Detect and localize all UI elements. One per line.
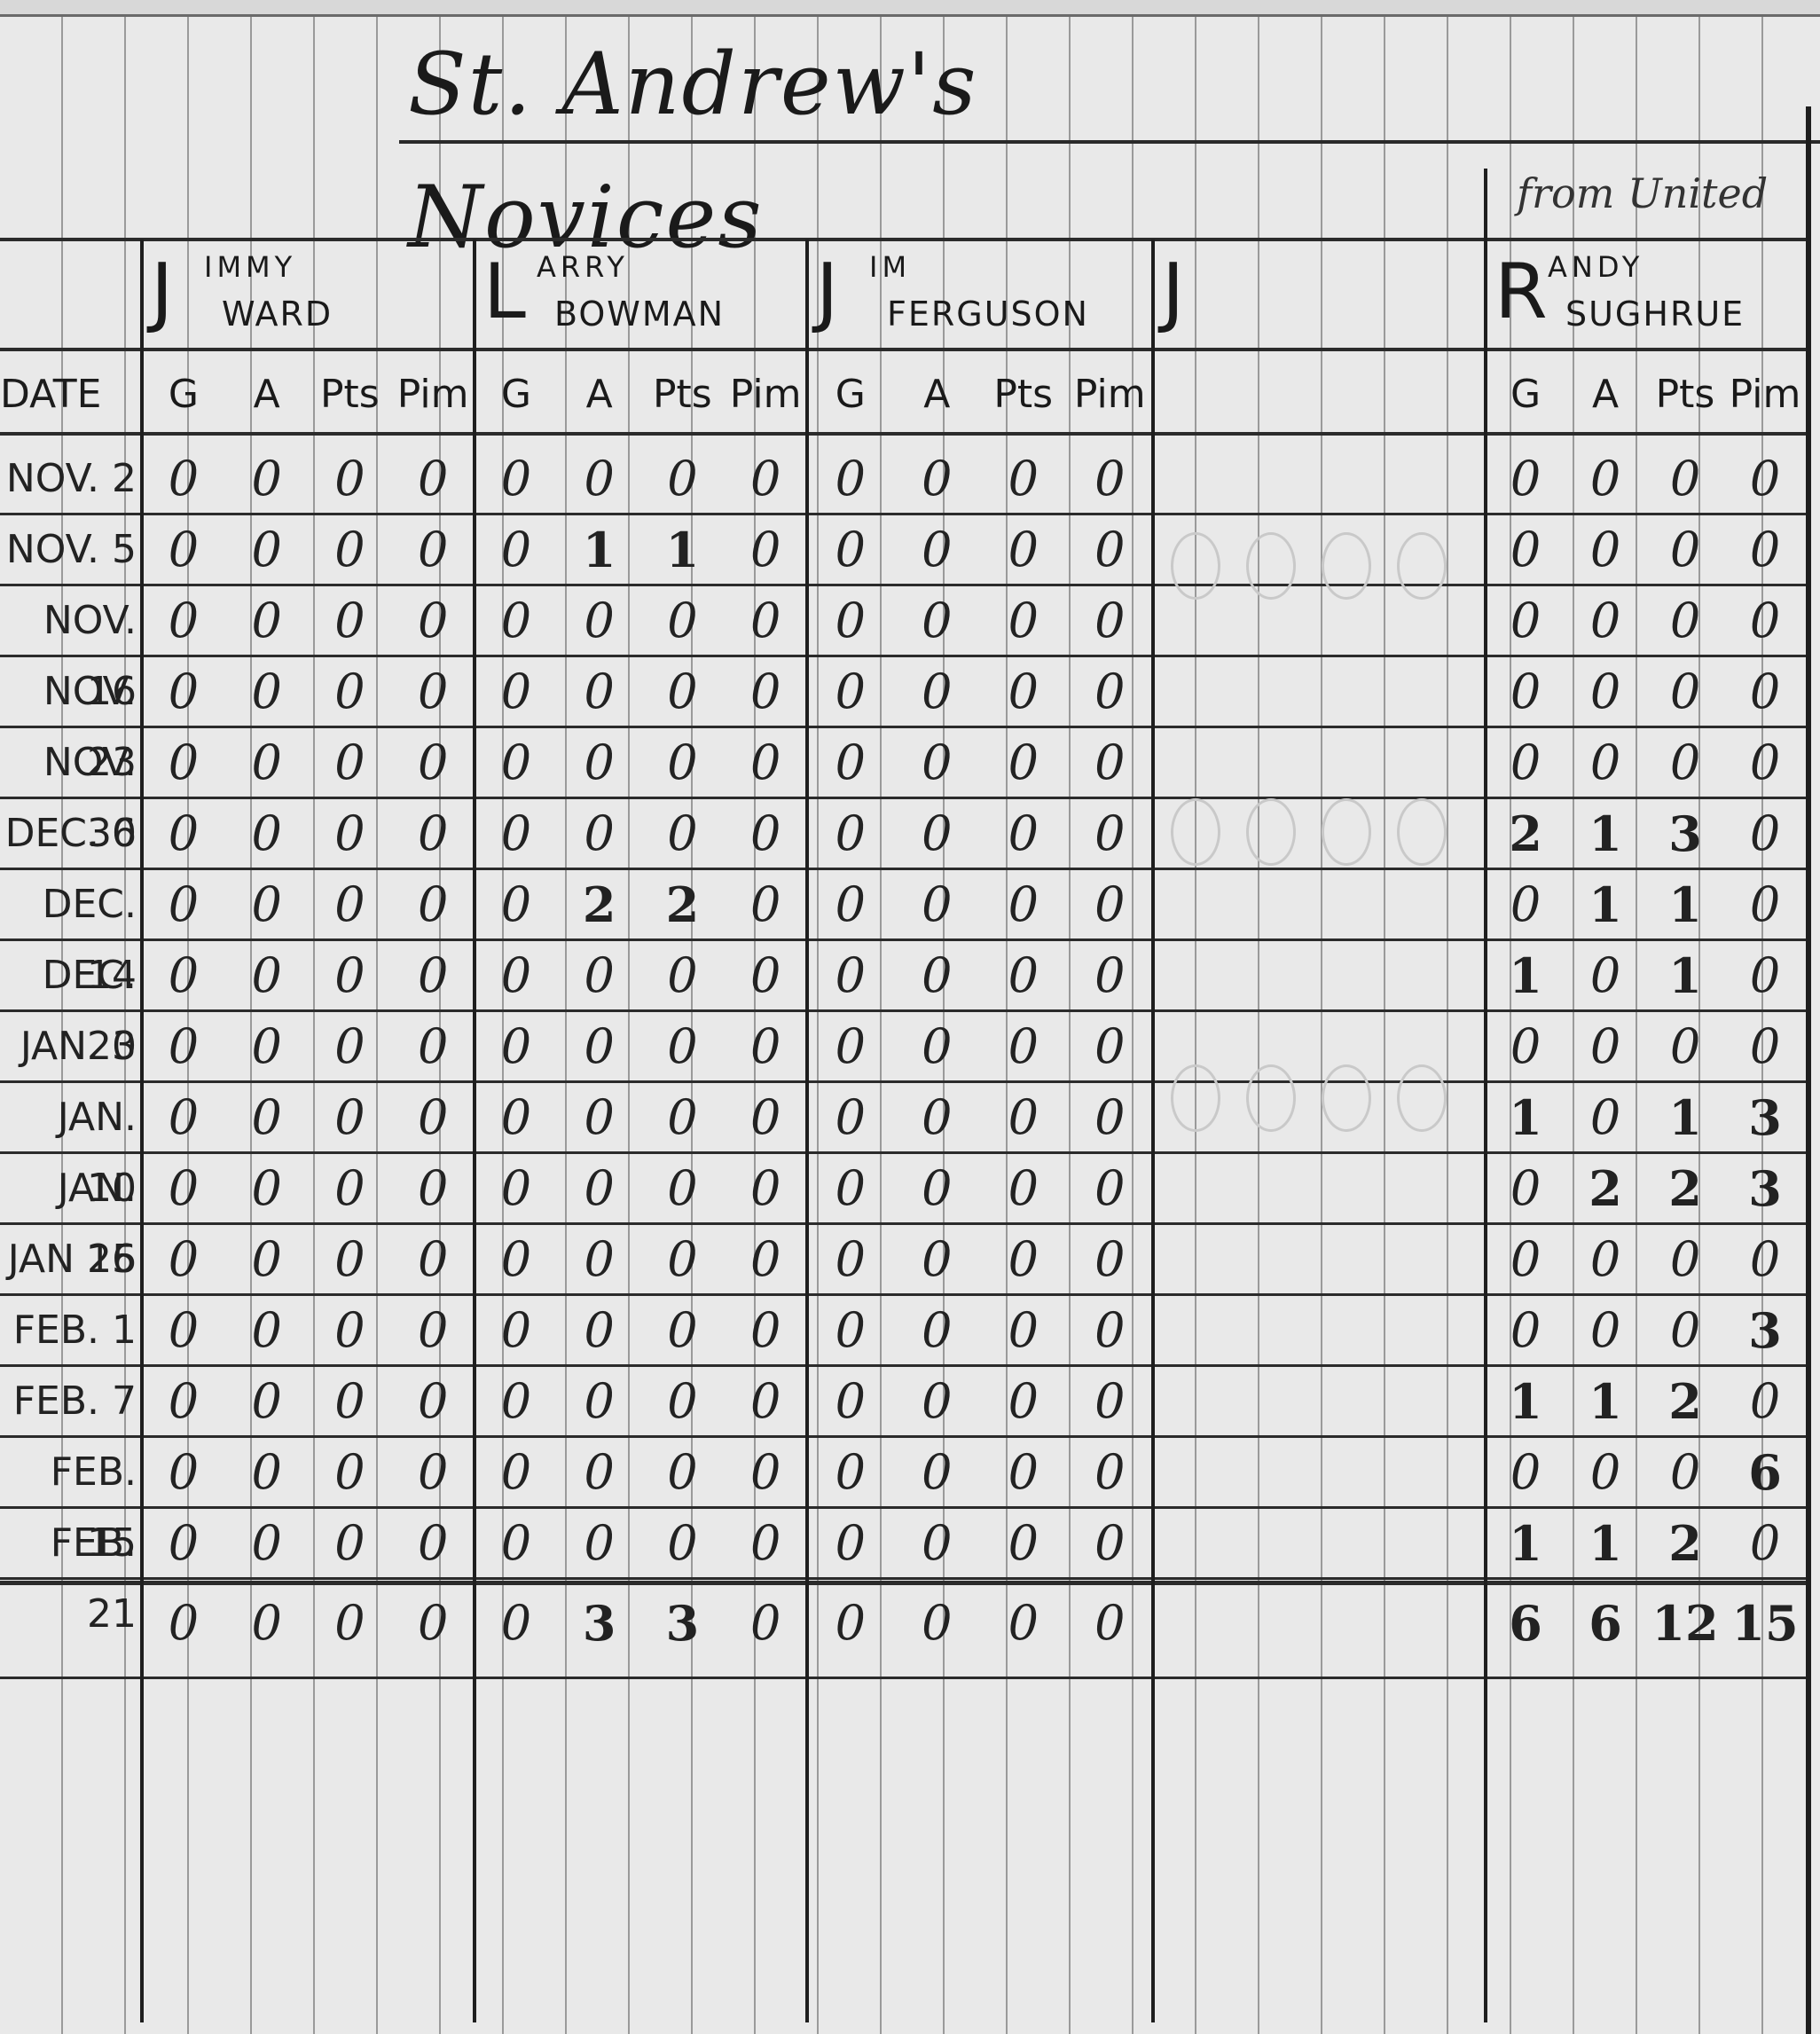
- stat-cell: 0: [475, 1295, 558, 1366]
- stat-cell: 0: [475, 869, 558, 940]
- stat-cell: 0: [475, 514, 558, 585]
- player-header: JIMFERGUSON: [807, 247, 1153, 339]
- stat-cell: 0: [309, 798, 392, 869]
- total-cell: 0: [1067, 1588, 1154, 1659]
- stat-cell: 1: [1486, 1366, 1565, 1437]
- stat-cell: 0: [894, 1295, 981, 1366]
- stat-cell: 0: [558, 1366, 641, 1437]
- stat-cell: 0: [894, 1082, 981, 1153]
- stat-header-g: G: [142, 364, 225, 426]
- stat-cell: 0: [309, 1508, 392, 1579]
- stat-cell: 0: [1486, 585, 1565, 656]
- stat-cell: 0: [142, 1153, 225, 1224]
- table-row: JAN 250000000000000000: [0, 1224, 1809, 1295]
- stat-cell: 0: [558, 940, 641, 1011]
- stat-cell: 0: [1486, 1224, 1565, 1295]
- stat-cell: 0: [475, 1508, 558, 1579]
- table-row: DEC. 140000022000000110: [0, 869, 1809, 940]
- game-date: FEB. 1: [0, 1295, 142, 1366]
- stat-cell: 0: [1067, 444, 1154, 514]
- totals-row: 000003300000661215: [0, 1588, 1809, 1659]
- stat-cell: 0: [724, 1437, 807, 1508]
- stat-cell: 0: [558, 1437, 641, 1508]
- stat-cell: 0: [641, 1224, 725, 1295]
- stat-cell: 0: [980, 1295, 1067, 1366]
- player-last-name: BOWMAN: [554, 294, 725, 334]
- stat-cell: 0: [309, 1437, 392, 1508]
- header-rule: [0, 238, 1809, 241]
- stat-cell: 0: [558, 444, 641, 514]
- stat-header-pts: Pts: [309, 364, 392, 426]
- stat-cell: 0: [980, 656, 1067, 727]
- stat-cell: 0: [1645, 1224, 1725, 1295]
- stat-cell: 0: [475, 1082, 558, 1153]
- stat-cell: 0: [1725, 727, 1805, 798]
- page-top-edge: [0, 0, 1820, 17]
- stat-cell: 0: [309, 727, 392, 798]
- stat-header-pim: Pim: [1067, 364, 1154, 426]
- stat-cell: 0: [475, 798, 558, 869]
- stat-cell: 0: [1725, 1224, 1805, 1295]
- stat-cell: 0: [1645, 1011, 1725, 1082]
- stat-cell: 0: [980, 798, 1067, 869]
- stat-cell: 0: [558, 727, 641, 798]
- stat-cell: 0: [142, 727, 225, 798]
- stat-cell: 0: [1067, 514, 1154, 585]
- stat-cell: 0: [1067, 727, 1154, 798]
- stat-cell: 0: [142, 1224, 225, 1295]
- stat-cell: 0: [391, 514, 475, 585]
- stat-cell: 0: [309, 1082, 392, 1153]
- stat-cell: 6: [1725, 1437, 1805, 1508]
- stat-cell: 1: [1565, 798, 1645, 869]
- stat-cell: 0: [724, 1011, 807, 1082]
- stat-cell: 0: [1067, 1011, 1154, 1082]
- title-underline: [399, 140, 1820, 144]
- stat-cell: 0: [1067, 869, 1154, 940]
- transfer-note: from United: [1517, 173, 1783, 214]
- stat-cell: 0: [980, 727, 1067, 798]
- stat-cell: 0: [894, 656, 981, 727]
- stat-cell: 0: [894, 1011, 981, 1082]
- table-row: FEB. 10000000000000003: [0, 1295, 1809, 1366]
- table-row: FEB. 150000000000000006: [0, 1437, 1809, 1508]
- stat-cell: 0: [724, 727, 807, 798]
- stat-cell: 0: [1486, 1437, 1565, 1508]
- stat-cell: 0: [894, 1437, 981, 1508]
- stat-cell: 3: [1725, 1153, 1805, 1224]
- stat-cell: 0: [1725, 1508, 1805, 1579]
- game-date: NOV. 30: [0, 727, 142, 798]
- stat-cell: 0: [558, 1153, 641, 1224]
- stat-cell: 0: [724, 1295, 807, 1366]
- stat-cell: 0: [807, 869, 894, 940]
- header-rule: [0, 348, 1809, 351]
- stat-cell: 0: [225, 940, 309, 1011]
- stat-cell: 0: [142, 656, 225, 727]
- stat-cell: 0: [309, 1295, 392, 1366]
- stat-cell: 0: [807, 798, 894, 869]
- stat-cell: 0: [724, 869, 807, 940]
- stat-cell: 0: [807, 1011, 894, 1082]
- stat-cell: 0: [641, 656, 725, 727]
- player-initial: L: [483, 252, 526, 332]
- stat-header-g: G: [475, 364, 558, 426]
- player-last-name: WARD: [222, 294, 333, 334]
- stat-cell: 0: [641, 798, 725, 869]
- total-cell: 15: [1725, 1588, 1805, 1659]
- stat-cell: 0: [641, 1508, 725, 1579]
- stat-cell: 0: [558, 798, 641, 869]
- stat-cell: 0: [1067, 1082, 1154, 1153]
- stat-cell: 0: [475, 1011, 558, 1082]
- stat-cell: 0: [1565, 1437, 1645, 1508]
- player-header: RANDYSUGHRUE: [1486, 247, 1805, 339]
- stat-cell: 0: [475, 585, 558, 656]
- stat-cell: 0: [391, 1224, 475, 1295]
- stat-cell: 0: [225, 727, 309, 798]
- stat-cell: 0: [309, 1011, 392, 1082]
- stat-cell: 0: [558, 1011, 641, 1082]
- stat-cell: 0: [309, 656, 392, 727]
- stat-cell: 0: [225, 585, 309, 656]
- stat-cell: 0: [225, 514, 309, 585]
- stat-cell: 0: [142, 798, 225, 869]
- stat-cell: 0: [391, 444, 475, 514]
- stat-cell: 0: [1486, 656, 1565, 727]
- stat-cell: 0: [391, 1437, 475, 1508]
- stat-cell: 0: [1067, 1508, 1154, 1579]
- stat-cell: 0: [225, 1011, 309, 1082]
- stat-cell: 3: [1645, 798, 1725, 869]
- stat-cell: 0: [558, 585, 641, 656]
- total-cell: 6: [1565, 1588, 1645, 1659]
- stat-cell: 0: [641, 1153, 725, 1224]
- stat-cell: 0: [980, 514, 1067, 585]
- stat-cell: 0: [391, 1366, 475, 1437]
- stat-cell: 0: [142, 514, 225, 585]
- stat-header-g: G: [1486, 364, 1565, 426]
- stat-cell: 0: [641, 1295, 725, 1366]
- player-header: JIMMYWARD: [142, 247, 475, 339]
- stat-cell: 2: [1645, 1508, 1725, 1579]
- game-date: JAN 25: [0, 1224, 142, 1295]
- totals-rule: [0, 1581, 1809, 1585]
- stat-cell: 0: [309, 514, 392, 585]
- stat-cell: 0: [724, 1366, 807, 1437]
- stat-cell: 0: [225, 869, 309, 940]
- stat-cell: 0: [894, 1224, 981, 1295]
- stat-cell: 0: [894, 585, 981, 656]
- stat-cell: 0: [724, 656, 807, 727]
- game-date: JAN. 16: [0, 1153, 142, 1224]
- stat-cell: 0: [1725, 514, 1805, 585]
- total-cell: 0: [309, 1588, 392, 1659]
- stat-cell: 0: [391, 869, 475, 940]
- game-date: JAN. 3: [0, 1011, 142, 1082]
- stat-cell: 0: [1725, 940, 1805, 1011]
- stat-header-g: G: [807, 364, 894, 426]
- stat-cell: 0: [391, 1508, 475, 1579]
- stat-cell: 0: [142, 585, 225, 656]
- stat-cell: 0: [807, 1295, 894, 1366]
- game-date: NOV. 16: [0, 585, 142, 656]
- stat-cell: 0: [641, 444, 725, 514]
- bottom-rule: [0, 1677, 1809, 1679]
- stat-cell: 0: [309, 1366, 392, 1437]
- total-cell: 0: [391, 1588, 475, 1659]
- game-date: NOV. 5: [0, 514, 142, 585]
- stat-cell: 2: [1645, 1366, 1725, 1437]
- stat-cell: 0: [1565, 514, 1645, 585]
- stat-cell: 0: [980, 1508, 1067, 1579]
- game-date: NOV. 2: [0, 444, 142, 514]
- stat-cell: 0: [391, 656, 475, 727]
- total-cell: 0: [724, 1588, 807, 1659]
- table-row: DEC. 200000000000001010: [0, 940, 1809, 1011]
- total-cell: 3: [641, 1588, 725, 1659]
- player-header: J: [1153, 247, 1486, 339]
- total-cell: 0: [894, 1588, 981, 1659]
- player-first-name: IM: [869, 250, 911, 284]
- stat-cell: 0: [142, 444, 225, 514]
- stat-cell: 0: [558, 1295, 641, 1366]
- stat-cell: 0: [1565, 1082, 1645, 1153]
- stat-cell: 0: [1067, 1153, 1154, 1224]
- stat-cell: 0: [807, 444, 894, 514]
- stat-header-a: A: [894, 364, 981, 426]
- stat-cell: 0: [309, 585, 392, 656]
- stat-cell: 0: [894, 1508, 981, 1579]
- player-first-name: ARRY: [537, 250, 629, 284]
- stat-cell: 0: [1565, 940, 1645, 1011]
- stat-cell: 0: [225, 656, 309, 727]
- header-rule: [0, 432, 1809, 436]
- stat-cell: 0: [894, 940, 981, 1011]
- stat-cell: 0: [1565, 656, 1645, 727]
- stat-header-pim: Pim: [391, 364, 475, 426]
- stat-cell: 0: [724, 1082, 807, 1153]
- stat-cell: 0: [894, 1153, 981, 1224]
- table-row: NOV. 300000000000000000: [0, 727, 1809, 798]
- stat-cell: 0: [807, 1153, 894, 1224]
- stat-cell: 0: [142, 940, 225, 1011]
- stat-cell: 0: [1067, 798, 1154, 869]
- stat-cell: 0: [1067, 1366, 1154, 1437]
- player-initial: J: [816, 252, 838, 332]
- player-initial: J: [151, 252, 173, 332]
- stat-cell: 0: [391, 727, 475, 798]
- sheet-title: St. Andrew's Novices: [390, 18, 1348, 151]
- stat-cell: 0: [1725, 585, 1805, 656]
- stat-cell: 0: [142, 1508, 225, 1579]
- stat-cell: 0: [558, 1508, 641, 1579]
- stat-header-pts: Pts: [1645, 364, 1725, 426]
- stat-cell: 0: [391, 1295, 475, 1366]
- stat-cell: 0: [142, 1437, 225, 1508]
- stat-cell: 0: [558, 1082, 641, 1153]
- stat-cell: 0: [391, 1153, 475, 1224]
- randy-left-divider: [1484, 169, 1487, 248]
- stat-cell: 0: [724, 1508, 807, 1579]
- stat-cell: 0: [1565, 727, 1645, 798]
- stat-cell: 0: [724, 444, 807, 514]
- stat-cell: 0: [309, 444, 392, 514]
- stat-cell: 0: [1645, 1437, 1725, 1508]
- stat-cell: 0: [641, 727, 725, 798]
- stat-cell: 0: [225, 1153, 309, 1224]
- stat-cell: 0: [641, 1082, 725, 1153]
- stat-cell: 2: [1645, 1153, 1725, 1224]
- stat-cell: 0: [1725, 1011, 1805, 1082]
- stat-cell: 0: [641, 585, 725, 656]
- stat-cell: 0: [1565, 1224, 1645, 1295]
- stat-cell: 0: [1486, 1153, 1565, 1224]
- stat-cell: 0: [1067, 1295, 1154, 1366]
- stat-cell: 2: [558, 869, 641, 940]
- stat-cell: 0: [641, 1011, 725, 1082]
- stat-header-pts: Pts: [641, 364, 725, 426]
- stat-cell: 0: [225, 1082, 309, 1153]
- game-date: JAN. 10: [0, 1082, 142, 1153]
- player-last-name: SUGHRUE: [1565, 294, 1745, 334]
- stat-cell: 0: [724, 940, 807, 1011]
- stat-cell: 0: [558, 656, 641, 727]
- stat-cell: 0: [1486, 727, 1565, 798]
- stat-cell: 0: [391, 798, 475, 869]
- game-date: NOV. 23: [0, 656, 142, 727]
- stat-cell: 2: [1486, 798, 1565, 869]
- stat-cell: 1: [1645, 1082, 1725, 1153]
- stat-cell: 0: [142, 1011, 225, 1082]
- stat-cell: 0: [807, 727, 894, 798]
- stat-cell: 0: [894, 444, 981, 514]
- stat-cell: 0: [980, 1366, 1067, 1437]
- stat-cell: 0: [807, 1082, 894, 1153]
- stat-cell: 0: [980, 585, 1067, 656]
- stat-cell: 0: [724, 1224, 807, 1295]
- stat-cell: 1: [641, 514, 725, 585]
- stat-cell: 0: [475, 940, 558, 1011]
- stat-header-a: A: [225, 364, 309, 426]
- stat-cell: 0: [1565, 444, 1645, 514]
- stat-cell: 0: [724, 798, 807, 869]
- stat-cell: 0: [724, 1153, 807, 1224]
- stat-cell: 0: [980, 869, 1067, 940]
- stat-cell: 0: [807, 1224, 894, 1295]
- stat-cell: 0: [980, 1224, 1067, 1295]
- stat-cell: 0: [807, 585, 894, 656]
- stat-cell: 3: [1725, 1295, 1805, 1366]
- stat-cell: 0: [807, 940, 894, 1011]
- stat-cell: 0: [807, 1366, 894, 1437]
- game-date: FEB. 21: [0, 1508, 142, 1579]
- stat-cell: 0: [724, 514, 807, 585]
- stat-cell: 0: [1645, 656, 1725, 727]
- stat-cell: 0: [475, 656, 558, 727]
- stat-cell: 0: [1067, 656, 1154, 727]
- stat-cell: 0: [1725, 798, 1805, 869]
- stat-cell: 0: [475, 444, 558, 514]
- stat-cell: 0: [142, 1295, 225, 1366]
- stat-cell: 2: [641, 869, 725, 940]
- player-initial: R: [1494, 252, 1548, 332]
- stat-cell: 0: [1067, 1224, 1154, 1295]
- stat-cell: 1: [1645, 940, 1725, 1011]
- stat-cell: 0: [309, 940, 392, 1011]
- stat-cell: 0: [980, 1437, 1067, 1508]
- game-date: FEB. 7: [0, 1366, 142, 1437]
- total-cell: 3: [558, 1588, 641, 1659]
- stat-cell: 1: [1565, 869, 1645, 940]
- stat-cell: 0: [894, 1366, 981, 1437]
- player-header: LARRYBOWMAN: [475, 247, 807, 339]
- stat-cell: 0: [1725, 1366, 1805, 1437]
- table-row: JAN. 30000000000000000: [0, 1011, 1809, 1082]
- stat-cell: 0: [980, 444, 1067, 514]
- stat-header-a: A: [558, 364, 641, 426]
- date-column-header: DATE: [0, 364, 142, 426]
- stat-cell: 0: [475, 1224, 558, 1295]
- stat-cell: 0: [980, 940, 1067, 1011]
- stat-cell: 0: [475, 727, 558, 798]
- total-cell: 0: [225, 1588, 309, 1659]
- stat-cell: 0: [1645, 1295, 1725, 1366]
- stat-cell: 0: [1067, 585, 1154, 656]
- stat-cell: 0: [1486, 444, 1565, 514]
- stat-cell: 0: [1486, 1295, 1565, 1366]
- stat-cell: 0: [1725, 869, 1805, 940]
- game-date: DEC. 20: [0, 940, 142, 1011]
- stat-cell: 1: [1565, 1508, 1645, 1579]
- stat-cell: 0: [309, 1153, 392, 1224]
- table-row: FEB. 70000000000001120: [0, 1366, 1809, 1437]
- stat-cell: 0: [807, 1437, 894, 1508]
- stat-cell: 0: [225, 1224, 309, 1295]
- stat-cell: 1: [1565, 1366, 1645, 1437]
- player-last-name: FERGUSON: [887, 294, 1089, 334]
- stat-cell: 0: [309, 869, 392, 940]
- stat-cell: 0: [807, 514, 894, 585]
- stat-cell: 1: [1645, 869, 1725, 940]
- game-date: DEC. 14: [0, 869, 142, 940]
- game-date: DEC. 6: [0, 798, 142, 869]
- stat-cell: 0: [1725, 444, 1805, 514]
- table-row: JAN. 100000000000001013: [0, 1082, 1809, 1153]
- stat-header-pim: Pim: [1725, 364, 1805, 426]
- table-row: FEB. 210000000000001120: [0, 1508, 1809, 1579]
- stat-cell: 0: [309, 1224, 392, 1295]
- stat-cell: 0: [1565, 1011, 1645, 1082]
- stat-cell: 0: [1645, 727, 1725, 798]
- stat-header-pim: Pim: [724, 364, 807, 426]
- stat-cell: 0: [641, 1366, 725, 1437]
- stat-cell: 0: [894, 514, 981, 585]
- stat-cell: 0: [225, 1508, 309, 1579]
- stat-cell: 0: [807, 656, 894, 727]
- total-cell: 0: [980, 1588, 1067, 1659]
- stat-cell: 0: [980, 1082, 1067, 1153]
- stat-cell: 0: [475, 1437, 558, 1508]
- total-cell: 0: [807, 1588, 894, 1659]
- stat-cell: 0: [1645, 444, 1725, 514]
- stat-cell: 0: [1565, 585, 1645, 656]
- stat-cell: 0: [1645, 514, 1725, 585]
- stat-cell: 0: [391, 585, 475, 656]
- stat-cell: 0: [391, 1011, 475, 1082]
- table-row: NOV. 160000000000000000: [0, 585, 1809, 656]
- stat-cell: 0: [142, 1366, 225, 1437]
